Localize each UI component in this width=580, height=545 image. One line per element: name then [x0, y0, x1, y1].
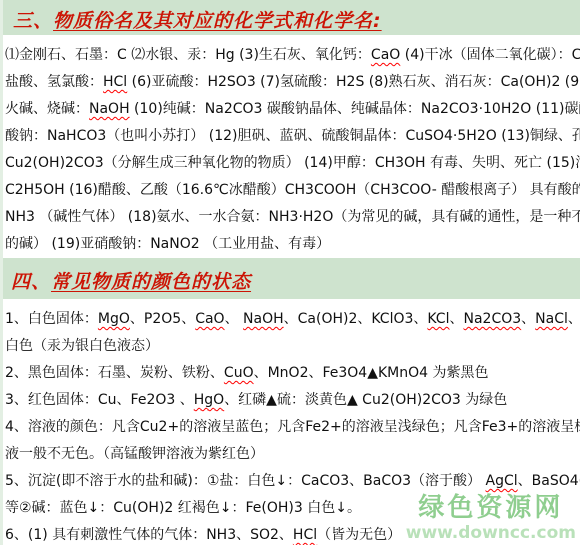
- text-line: 3、红色固体：Cu、Fe2O3 、HgO、红磷▲硫：淡黄色▲ Cu2(OH)2C…: [5, 387, 578, 414]
- text-line: 火碱、烧碱：NaOH (10)纯碱：Na2CO3 碳酸钠晶体、纯碱晶体：Na2C…: [5, 96, 578, 123]
- text-segment: 酸钠：NaHCO3（也叫小苏打） (12)胆矾、蓝矾、硫酸铜晶体：CuSO4·5…: [5, 128, 580, 144]
- text-segment: 4、溶液的颜色：凡含Cu2+的溶液呈蓝色；凡含Fe2+的溶液呈浅绿色；凡含Fe3…: [5, 419, 580, 435]
- chem-formula-wavy-underlined: CuO: [224, 365, 254, 381]
- text-segment: ⑴金刚石、石墨：C ⑵水银、汞：Hg (3)生石灰、氧化钙：: [5, 47, 371, 63]
- text-segment: 、红磷▲硫：淡黄色▲ Cu2(OH)2CO3 为绿色: [224, 392, 507, 408]
- chem-formula-wavy-underlined: KCl: [427, 311, 449, 327]
- section3-title-main: 物质俗名及其对应的化学式和化学名:: [53, 10, 382, 32]
- text-segment: 、Ca(OH)2、KClO3、: [284, 311, 428, 327]
- text-segment: 、P2O5、: [130, 311, 195, 327]
- section4-title-prefix: 四、: [11, 271, 51, 293]
- text-segment: 6、(1) 具有刺激性气体的气体：NH3、SO2、: [5, 527, 293, 543]
- section3-body: ⑴金刚石、石墨：C ⑵水银、汞：Hg (3)生石灰、氧化钙：CaO (4)干冰（…: [3, 35, 580, 258]
- chem-formula-wavy-underlined: MgO: [98, 311, 130, 327]
- section4-header-band: 四、常见物质的颜色的状态: [3, 258, 580, 299]
- text-segment: 5、沉淀(即不溶于水的盐和碱)：①盐：白色↓：CaCO3、BaCO3（溶于酸）: [5, 473, 486, 489]
- text-segment: (10)纯碱：Na2CO3 碳酸钠晶体、纯碱晶体：Na2CO3·10H2O (1…: [130, 101, 580, 117]
- text-line: 酸钠：NaHCO3（也叫小苏打） (12)胆矾、蓝矾、硫酸铜晶体：CuSO4·5…: [5, 123, 578, 150]
- text-segment: 盐酸、氢氯酸：: [5, 74, 103, 90]
- text-segment: 、无水CuSO4；铁、镁为银: [568, 311, 580, 327]
- text-line: 1、白色固体：MgO、P2O5、CaO、 NaOH、Ca(OH)2、KClO3、…: [5, 306, 578, 333]
- text-segment: 、MnO2、Fe3O4▲KMnO4 为紫黑色: [254, 365, 489, 381]
- text-segment: 等②碱：蓝色↓：Cu(OH)2 红褐色↓：Fe(OH)3 白色↓。: [5, 500, 361, 516]
- text-segment: C2H5OH (16)醋酸、乙酸（16.6℃冰醋酸）CH3COOH（CH3COO…: [5, 182, 580, 198]
- chem-formula-wavy-underlined: Na2CO3: [463, 311, 521, 327]
- section4-title-main: 常见物质的颜色的状态: [51, 271, 251, 293]
- text-segment: NH3 （碱性气体） (18)氨水、一水合氨：NH3·H2O（为常见的碱，具有碱…: [5, 209, 580, 225]
- chem-formula-wavy-underlined: NaOH: [243, 311, 284, 327]
- text-line: 5、沉淀(即不溶于水的盐和碱)：①盐：白色↓：CaCO3、BaCO3（溶于酸） …: [5, 468, 578, 495]
- text-segment: 3、红色固体：Cu、Fe2O3 、: [5, 392, 194, 408]
- text-segment: 、BaSO4(也不溶于稀 HNO3): [518, 473, 580, 489]
- chem-formula-wavy-underlined: AgCl: [486, 473, 518, 489]
- watermark-site-name: 绿色资源网: [406, 495, 576, 522]
- text-line: ⑴金刚石、石墨：C ⑵水银、汞：Hg (3)生石灰、氧化钙：CaO (4)干冰（…: [5, 42, 578, 69]
- text-line: 的碱） (19)亚硝酸钠：NaNO2 （工业用盐、有毒）: [5, 231, 578, 258]
- section3-header-band: 三、物质俗名及其对应的化学式和化学名:: [3, 0, 580, 35]
- document-page: 三、物质俗名及其对应的化学式和化学名: ⑴金刚石、石墨：C ⑵水银、汞：Hg (…: [0, 0, 580, 545]
- section3-title-prefix: 三、: [13, 10, 53, 32]
- text-line: C2H5OH (16)醋酸、乙酸（16.6℃冰醋酸）CH3COOH（CH3COO…: [5, 177, 578, 204]
- text-line: 2、黑色固体：石墨、炭粉、铁粉、CuO、MnO2、Fe3O4▲KMnO4 为紫黑…: [5, 360, 578, 387]
- text-line: NH3 （碱性气体） (18)氨水、一水合氨：NH3·H2O（为常见的碱，具有碱…: [5, 204, 578, 231]
- text-segment: 1、白色固体：: [5, 311, 98, 327]
- text-line: 盐酸、氢氯酸：HCl (6)亚硫酸：H2SO3 (7)氢硫酸：H2S (8)熟石…: [5, 69, 578, 96]
- chem-formula-wavy-underlined: HCl: [103, 74, 127, 90]
- text-segment: 的碱） (19)亚硝酸钠：NaNO2 （工业用盐、有毒）: [5, 236, 330, 252]
- chem-formula-wavy-underlined: NaCl: [535, 311, 568, 327]
- chem-formula-wavy-underlined: CaO: [195, 311, 224, 327]
- chem-formula-wavy-underlined: HCl: [293, 527, 317, 543]
- text-segment: 、: [225, 311, 243, 327]
- section4-title: 四、常见物质的颜色的状态: [11, 271, 251, 293]
- text-segment: (4)干冰（固体二氧化碳）：CO2 (5): [400, 47, 580, 63]
- text-segment: 、: [521, 311, 535, 327]
- watermark: 绿色资源网 www.downcc.com: [406, 495, 576, 543]
- text-segment: Cu2(OH)2CO3（分解生成三种氧化物的物质） (14)甲醇：CH3OH 有…: [5, 155, 580, 171]
- text-segment: (6)亚硫酸：H2SO3 (7)氢硫酸：H2S (8)熟石灰、消石灰：Ca(OH…: [127, 74, 580, 90]
- text-segment: （皆为无色）: [317, 527, 401, 543]
- text-line: 液一般不无色。（高锰酸钾溶液为紫红色）: [5, 441, 578, 468]
- text-line: 4、溶液的颜色：凡含Cu2+的溶液呈蓝色；凡含Fe2+的溶液呈浅绿色；凡含Fe3…: [5, 414, 578, 441]
- text-segment: 2、黑色固体：石墨、炭粉、铁粉、: [5, 365, 224, 381]
- text-line: 白色（汞为银白色液态）: [5, 333, 578, 360]
- chem-formula-wavy-underlined: NaOH: [89, 101, 130, 117]
- text-line: Cu2(OH)2CO3（分解生成三种氧化物的物质） (14)甲醇：CH3OH 有…: [5, 150, 578, 177]
- chem-formula-wavy-underlined: HgO: [194, 392, 224, 408]
- text-segment: 白色（汞为银白色液态）: [5, 338, 159, 354]
- watermark-site-url: www.downcc.com: [406, 523, 576, 543]
- section3-title: 三、物质俗名及其对应的化学式和化学名:: [13, 10, 382, 32]
- text-segment: 、: [449, 311, 463, 327]
- text-segment: 液一般不无色。（高锰酸钾溶液为紫红色）: [5, 446, 264, 462]
- chem-formula-wavy-underlined: CaO: [371, 47, 400, 63]
- text-segment: 火碱、烧碱：: [5, 101, 89, 117]
